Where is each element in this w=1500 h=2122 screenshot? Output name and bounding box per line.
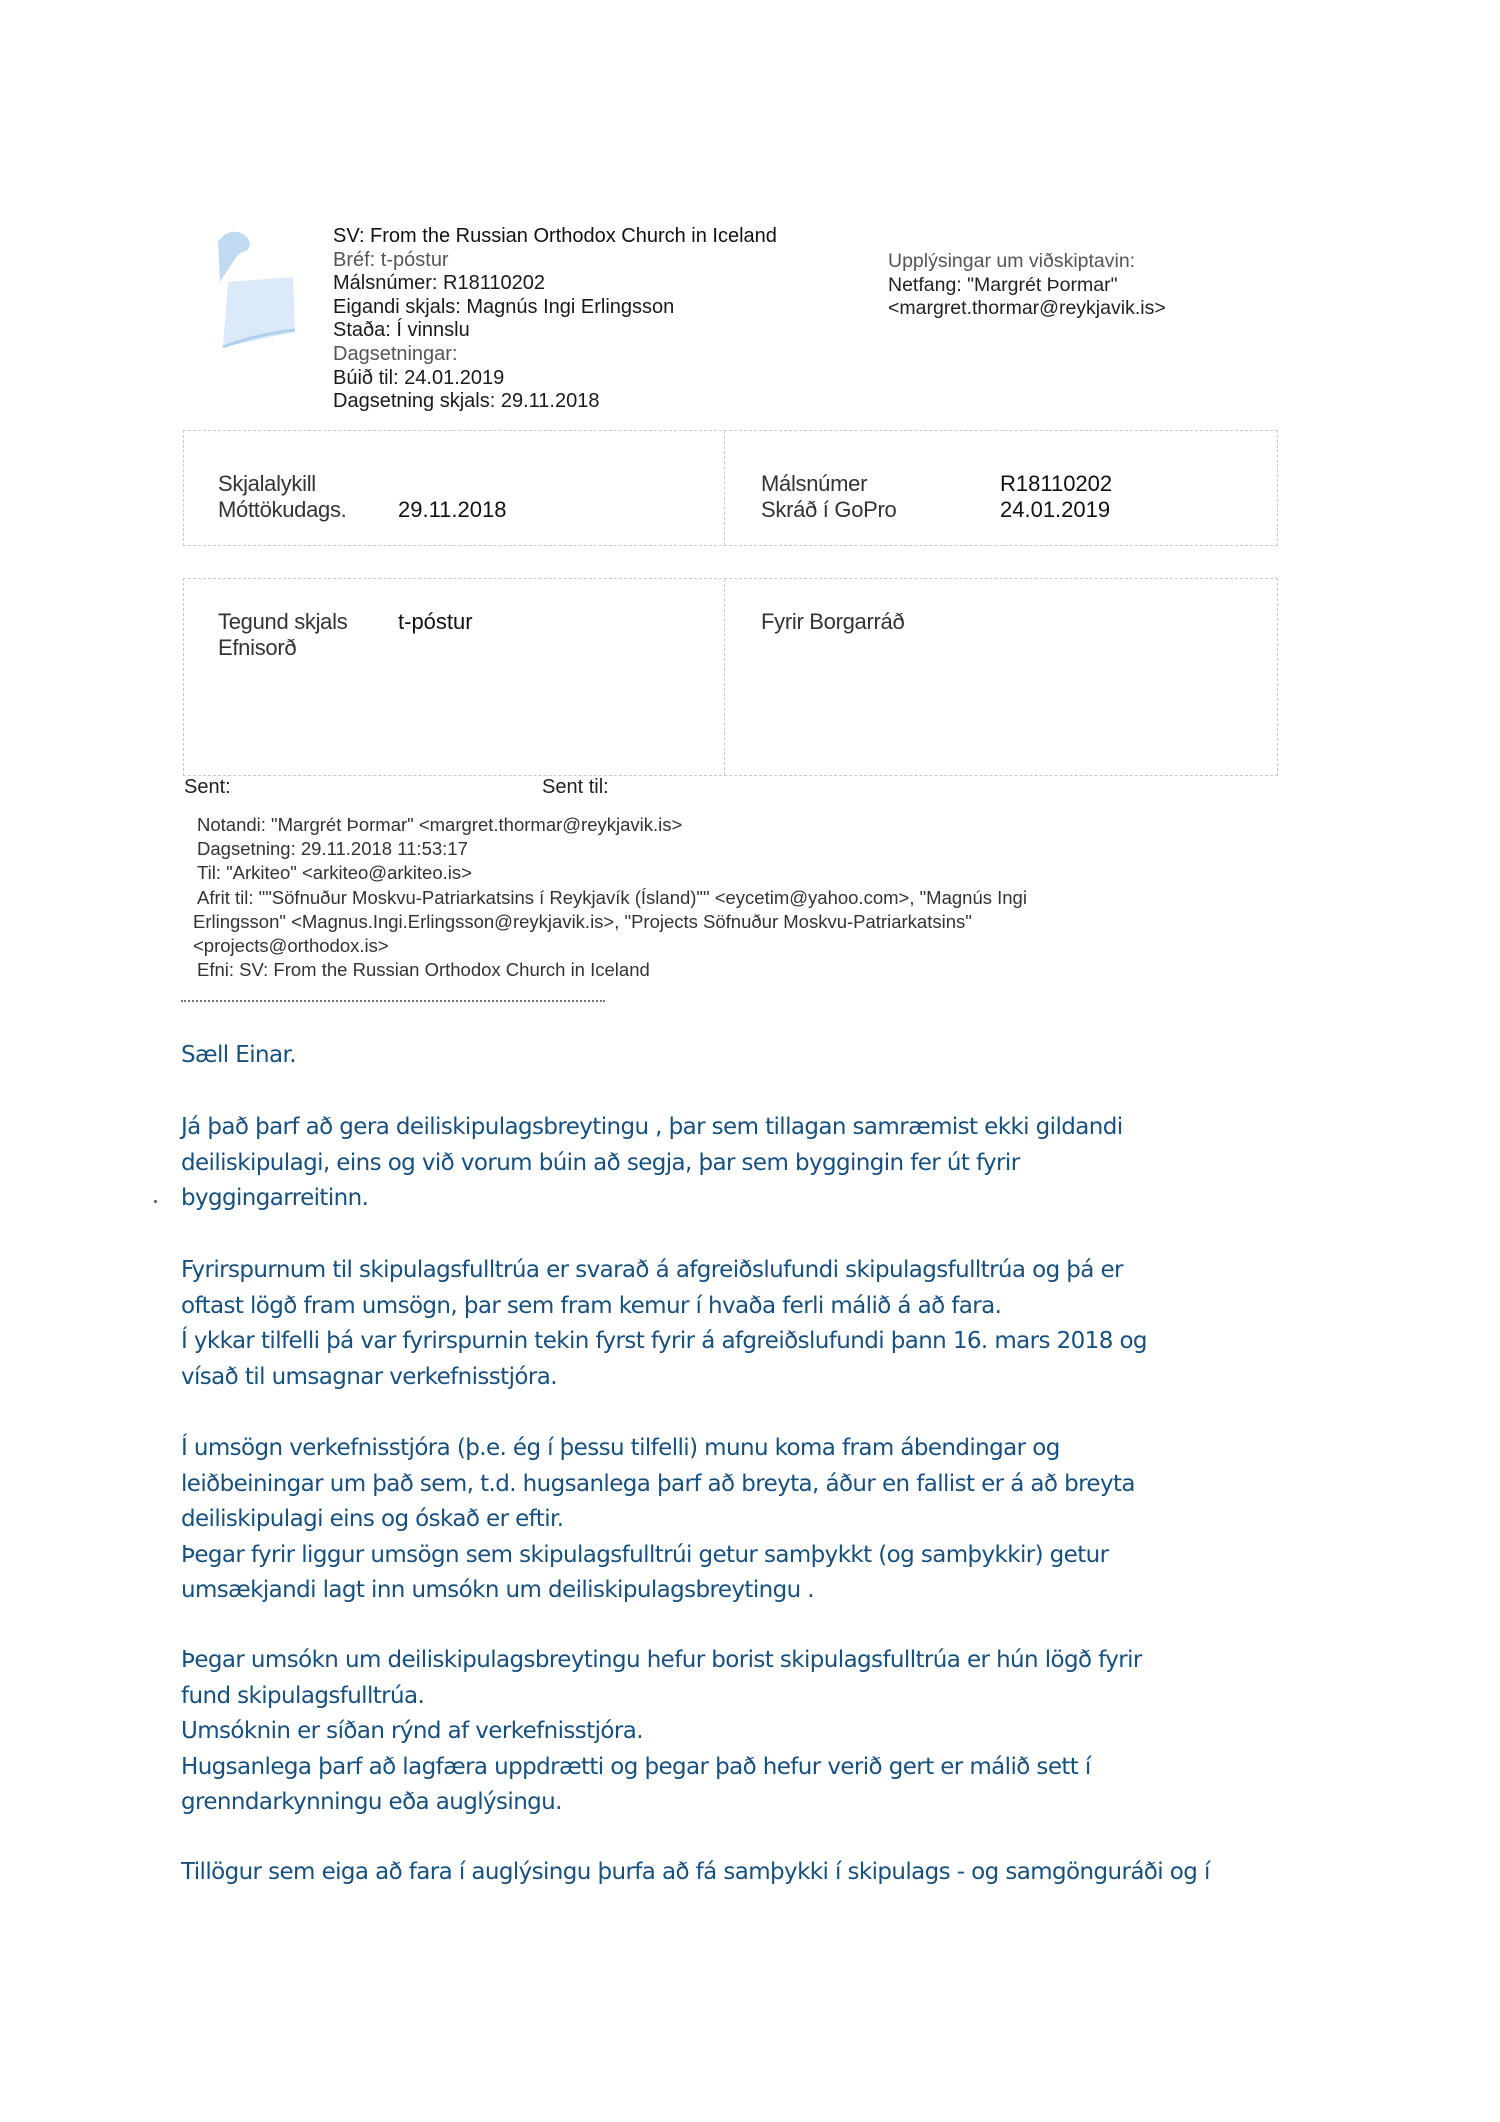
paragraph-1: Já það þarf að gera deiliskipulagsbreyti… — [181, 1110, 1123, 1217]
body-line: Í umsögn verkefnisstjóra (þ.e. ég í þess… — [181, 1431, 1135, 1467]
separator-line — [181, 1000, 605, 1002]
body-line: grenndarkynningu eða auglýsingu. — [181, 1785, 1142, 1821]
customer-email: <margret.thormar@reykjavik.is> — [888, 297, 1166, 321]
body-line: Þegar umsókn um deiliskipulagsbreytingu … — [181, 1643, 1142, 1679]
mottokudags-value: 29.11.2018 — [398, 497, 506, 523]
email-from: Notandi: "Margrét Þormar" <margret.thorm… — [193, 813, 1243, 837]
body-line: deiliskipulagi eins og óskað er eftir. — [181, 1502, 1135, 1538]
body-line: leiðbeiningar um það sem, t.d. hugsanleg… — [181, 1467, 1135, 1503]
body-line: Í ykkar tilfelli þá var fyrirspurnin tek… — [181, 1324, 1147, 1360]
box-divider — [724, 579, 725, 775]
body-line: Þegar fyrir liggur umsögn sem skipulagsf… — [181, 1538, 1135, 1574]
paragraph-4: Þegar umsókn um deiliskipulagsbreytingu … — [181, 1643, 1142, 1821]
skjalalykill-label: Skjalalykill — [218, 471, 316, 497]
email-cc-continued: <projects@orthodox.is> — [193, 934, 1243, 958]
document-title: SV: From the Russian Orthodox Church in … — [333, 225, 777, 249]
skrad-value: 24.01.2019 — [1000, 497, 1110, 523]
email-cc-continued: Erlingsson" <Magnus.Ingi.Erlingsson@reyk… — [193, 910, 1243, 934]
email-cc: Afrit til: ""Söfnuður Moskvu-Patriarkats… — [193, 886, 1243, 910]
body-line: vísað til umsagnar verkefnisstjóra. — [181, 1360, 1147, 1396]
organization-logo-icon — [198, 222, 308, 357]
email-date: Dagsetning: 29.11.2018 11:53:17 — [193, 837, 1243, 861]
document-header: SV: From the Russian Orthodox Church in … — [333, 225, 777, 414]
malsnumer-label: Málsnúmer — [761, 471, 867, 497]
body-line: deiliskipulagi, eins og við vorum búin a… — [181, 1146, 1123, 1182]
document-type-box: Tegund skjals t-póstur Efnisorð Fyrir Bo… — [183, 578, 1278, 776]
tegund-value: t-póstur — [398, 609, 473, 635]
sent-label: Sent: — [184, 776, 231, 799]
paragraph-3: Í umsögn verkefnisstjóra (þ.e. ég í þess… — [181, 1431, 1135, 1609]
efnisord-label: Efnisorð — [218, 635, 296, 661]
case-info-box: Skjalalykill Móttökudags. 29.11.2018 Mál… — [183, 430, 1278, 546]
header-line: Dagsetning skjals: 29.11.2018 — [333, 390, 777, 414]
body-line: oftast lögð fram umsögn, þar sem fram ke… — [181, 1289, 1147, 1325]
fyrir-label: Fyrir Borgarráð — [761, 609, 904, 635]
paragraph-5: Tillögur sem eiga að fara í auglýsingu þ… — [181, 1855, 1210, 1891]
box-divider — [724, 431, 725, 545]
header-line: Dagsetningar: — [333, 343, 777, 367]
tegund-label: Tegund skjals — [218, 609, 347, 635]
body-line: umsækjandi lagt inn umsókn um deiliskipu… — [181, 1573, 1135, 1609]
email-subject: Efni: SV: From the Russian Orthodox Chur… — [193, 958, 1243, 982]
header-line: Eigandi skjals: Magnús Ingi Erlingsson — [333, 296, 777, 320]
paragraph-2: Fyrirspurnum til skipulagsfulltrúa er sv… — [181, 1253, 1147, 1395]
malsnumer-value: R18110202 — [1000, 471, 1112, 497]
header-line: Búið til: 24.01.2019 — [333, 367, 777, 391]
customer-info-label: Upplýsingar um viðskiptavin: — [888, 250, 1166, 274]
header-line: Bréf: t-póstur — [333, 249, 777, 273]
body-line: Fyrirspurnum til skipulagsfulltrúa er sv… — [181, 1253, 1147, 1289]
body-line: Já það þarf að gera deiliskipulagsbreyti… — [181, 1110, 1123, 1146]
customer-info: Upplýsingar um viðskiptavin: Netfang: "M… — [888, 250, 1166, 321]
sent-til-label: Sent til: — [542, 776, 609, 799]
header-line: Málsnúmer: R18110202 — [333, 272, 777, 296]
customer-email-label: Netfang: "Margrét Þormar" — [888, 274, 1166, 298]
body-line: fund skipulagsfulltrúa. — [181, 1679, 1142, 1715]
email-to: Til: "Arkiteo" <arkiteo@arkiteo.is> — [193, 861, 1243, 885]
stray-mark — [154, 1200, 157, 1203]
body-line: Tillögur sem eiga að fara í auglýsingu þ… — [181, 1855, 1210, 1891]
mottokudags-label: Móttökudags. — [218, 497, 346, 523]
skrad-label: Skráð í GoPro — [761, 497, 897, 523]
header-line: Staða: Í vinnslu — [333, 319, 777, 343]
email-metadata: Notandi: "Margrét Þormar" <margret.thorm… — [193, 813, 1243, 982]
greeting: Sæll Einar. — [181, 1038, 296, 1074]
body-line: Umsóknin er síðan rýnd af verkefnisstjór… — [181, 1714, 1142, 1750]
body-line: byggingarreitinn. — [181, 1181, 1123, 1217]
body-line: Hugsanlega þarf að lagfæra uppdrætti og … — [181, 1750, 1142, 1786]
